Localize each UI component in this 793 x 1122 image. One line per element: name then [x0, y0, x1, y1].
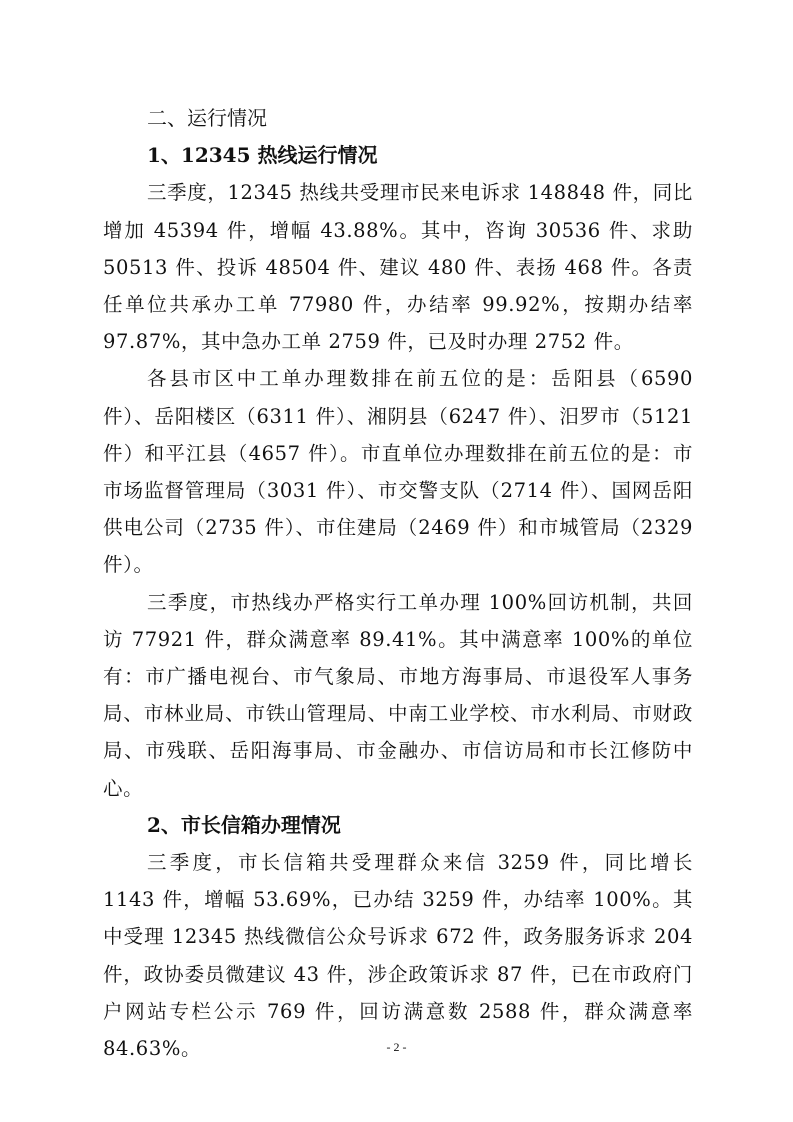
hotline-paragraph-3: 三季度，市热线办严格实行工单办理 100%回访机制，共回访 77921 件，群众… — [103, 584, 693, 807]
hotline-heading: 1、12345 热线运行情况 — [103, 137, 693, 174]
hotline-paragraph-1: 三季度，12345 热线共受理市民来电诉求 148848 件，同比增加 4539… — [103, 174, 693, 360]
hotline-paragraph-2: 各县市区中工单办理数排在前五位的是：岳阳县（6590 件）、岳阳楼区（6311 … — [103, 360, 693, 583]
mailbox-paragraph-1: 三季度，市长信箱共受理群众来信 3259 件，同比增长 1143 件，增幅 53… — [103, 844, 693, 1067]
document-page: 二、运行情况 1、12345 热线运行情况 三季度，12345 热线共受理市民来… — [103, 100, 693, 1067]
page-number: - 2 - — [0, 1040, 793, 1055]
section-title: 二、运行情况 — [103, 100, 693, 137]
mailbox-heading: 2、市长信箱办理情况 — [103, 807, 693, 844]
